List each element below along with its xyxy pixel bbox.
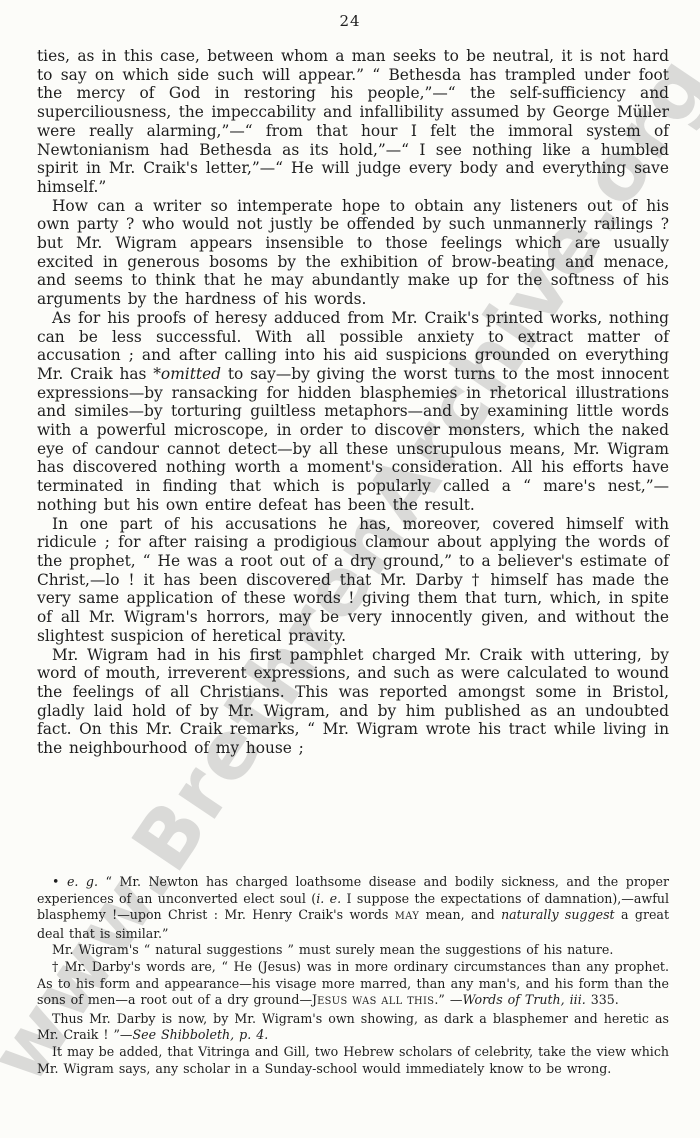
text-run: i. e. [316, 891, 341, 906]
text-run: How can a writer so intemperate hope to … [37, 197, 669, 309]
text-run: e. g. [67, 874, 98, 889]
scanned-document-page: www.BrethrenArchive.org 24 ties, as in t… [0, 0, 700, 1138]
paragraph: As for his proofs of heresy adduced from… [37, 309, 669, 515]
paragraph: Mr. Wigram's “ natural suggestions ” mus… [37, 942, 669, 959]
text-run: to say—by giving the worst turns to the … [37, 365, 669, 514]
text-run: Mr. Wigram had in his first pamphlet cha… [37, 646, 669, 758]
text-run: In one part of his accusations he has, m… [37, 515, 669, 645]
paragraph: How can a writer so intemperate hope to … [37, 197, 669, 309]
text-run: MAY [395, 911, 419, 922]
text-run: 335. [586, 992, 619, 1007]
text-run: • [52, 874, 67, 889]
text-run: See Shibboleth, p. 4. [132, 1027, 268, 1042]
main-text-block: ties, as in this case, between whom a ma… [37, 47, 669, 758]
text-run: Mr. Wigram's “ natural suggestions ” mus… [52, 942, 613, 957]
paragraph: In one part of his accusations he has, m… [37, 515, 669, 646]
text-run: ESUS WAS ALL THIS [317, 996, 434, 1007]
text-run: Words of Truth, iii. [462, 992, 585, 1007]
text-run: naturally suggest [501, 907, 615, 922]
paragraph: Mr. Wigram had in his first pamphlet cha… [37, 646, 669, 758]
paragraph: † Mr. Darby's words are, “ He (Jesus) wa… [37, 959, 669, 1011]
paragraph: • e. g. “ Mr. Newton has charged loathso… [37, 874, 669, 942]
paragraph: It may be added, that Vitringa and Gill,… [37, 1044, 669, 1077]
page-number: 24 [0, 12, 700, 30]
paragraph: ties, as in this case, between whom a ma… [37, 47, 669, 197]
text-run: It may be added, that Vitringa and Gill,… [37, 1044, 669, 1076]
text-run: mean, and [419, 907, 501, 922]
text-run: .” — [434, 992, 462, 1007]
text-run: ties, as in this case, between whom a ma… [37, 47, 669, 196]
footnotes-block: • e. g. “ Mr. Newton has charged loathso… [37, 874, 669, 1077]
paragraph: Thus Mr. Darby is now, by Mr. Wigram's o… [37, 1011, 669, 1044]
text-run: omitted [161, 365, 221, 383]
